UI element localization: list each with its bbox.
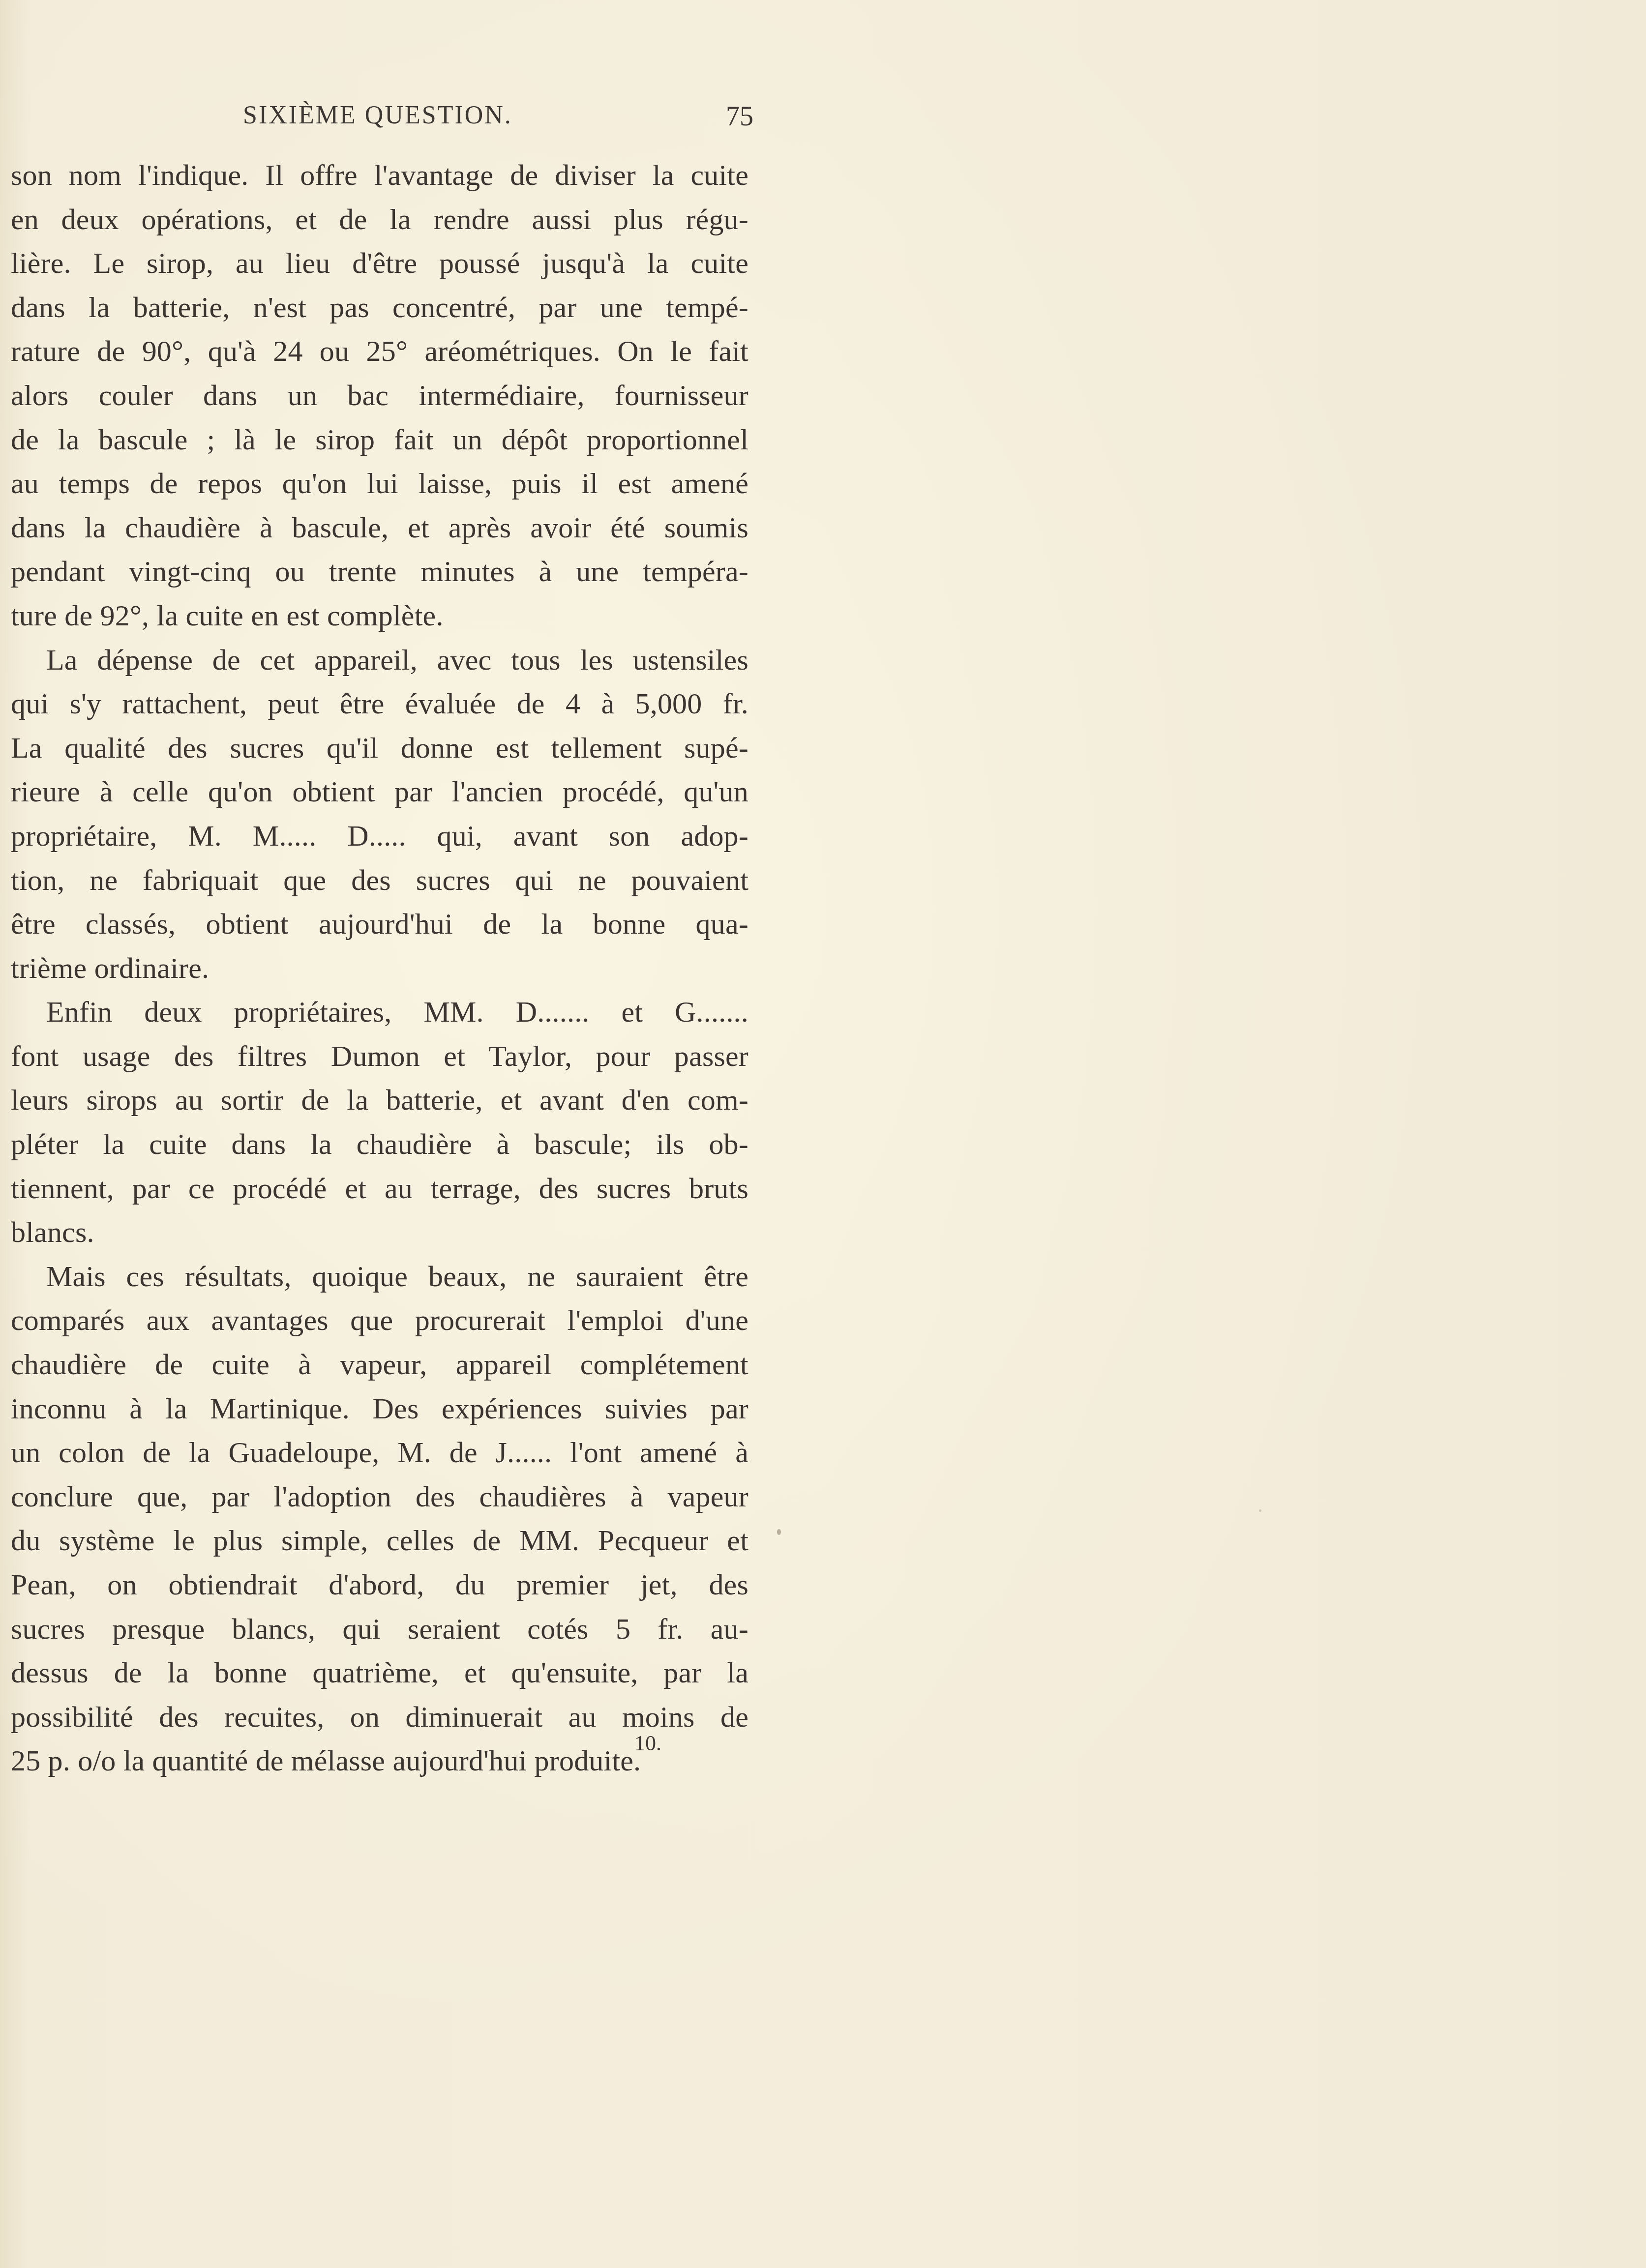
text-line: sucres presque blancs, qui seraient coté… [11, 1607, 748, 1651]
text-line: font usage des filtres Dumon et Taylor, … [11, 1034, 748, 1079]
paper-speck [777, 1529, 781, 1535]
text-line: tion, ne fabriquait que des sucres qui n… [11, 858, 748, 903]
page-header: SIXIÈME QUESTION. 75 [12, 101, 749, 135]
body-text: son nom l'indique. Il offre l'avantage d… [11, 153, 748, 1783]
text-line: dans la batterie, n'est pas concentré, p… [11, 286, 748, 330]
text-line: inconnu à la Martinique. Des expériences… [11, 1387, 748, 1431]
text-line: son nom l'indique. Il offre l'avantage d… [11, 153, 748, 198]
text-line: de la bascule ; là le sirop fait un dépô… [11, 418, 748, 462]
text-line: La dépense de cet appareil, avec tous le… [11, 638, 748, 682]
book-page: SIXIÈME QUESTION. 75 son nom l'indique. … [0, 0, 1646, 2268]
text-line: trième ordinaire. [11, 946, 748, 991]
text-line: leurs sirops au sortir de la batterie, e… [11, 1078, 748, 1122]
text-line: être classés, obtient aujourd'hui de la … [11, 902, 748, 946]
text-line: qui s'y rattachent, peut être évaluée de… [11, 682, 748, 726]
text-line: tiennent, par ce procédé et au terrage, … [11, 1167, 748, 1211]
text-line: alors couler dans un bac intermédiaire, … [11, 374, 748, 418]
text-line: La qualité des sucres qu'il donne est te… [11, 726, 748, 770]
text-line: pléter la cuite dans la chaudière à basc… [11, 1122, 748, 1167]
text-line: un colon de la Guadeloupe, M. de J......… [11, 1431, 748, 1475]
running-title: SIXIÈME QUESTION. [243, 101, 512, 130]
text-line: Pean, on obtiendrait d'abord, du premier… [11, 1563, 748, 1607]
text-line: dessus de la bonne quatrième, et qu'ensu… [11, 1651, 748, 1695]
text-line: ture de 92°, la cuite en est complète. [11, 594, 748, 638]
text-line: chaudière de cuite à vapeur, appareil co… [11, 1343, 748, 1387]
text-line: pendant vingt-cinq ou trente minutes à u… [11, 550, 748, 594]
text-line: rature de 90°, qu'à 24 ou 25° aréométriq… [11, 329, 748, 374]
text-line: du système le plus simple, celles de MM.… [11, 1519, 748, 1563]
text-line: dans la chaudière à bascule, et après av… [11, 506, 748, 550]
text-line: conclure que, par l'adoption des chaudiè… [11, 1475, 748, 1519]
text-line: Enfin deux propriétaires, MM. D....... e… [11, 990, 748, 1034]
text-line: comparés aux avantages que procurerait l… [11, 1298, 748, 1343]
text-line: Mais ces résultats, quoique beaux, ne sa… [11, 1255, 748, 1299]
text-line: au temps de repos qu'on lui laisse, puis… [11, 462, 748, 506]
page-number: 75 [726, 101, 753, 132]
text-line: blancs. [11, 1210, 748, 1255]
text-line: lière. Le sirop, au lieu d'être poussé j… [11, 241, 748, 286]
text-line: en deux opérations, et de la rendre auss… [11, 198, 748, 242]
signature-mark: 10. [634, 1731, 661, 1756]
text-line: propriétaire, M. M..... D..... qui, avan… [11, 814, 748, 858]
paper-speck [1259, 1509, 1261, 1512]
text-line: rieure à celle qu'on obtient par l'ancie… [11, 770, 748, 814]
